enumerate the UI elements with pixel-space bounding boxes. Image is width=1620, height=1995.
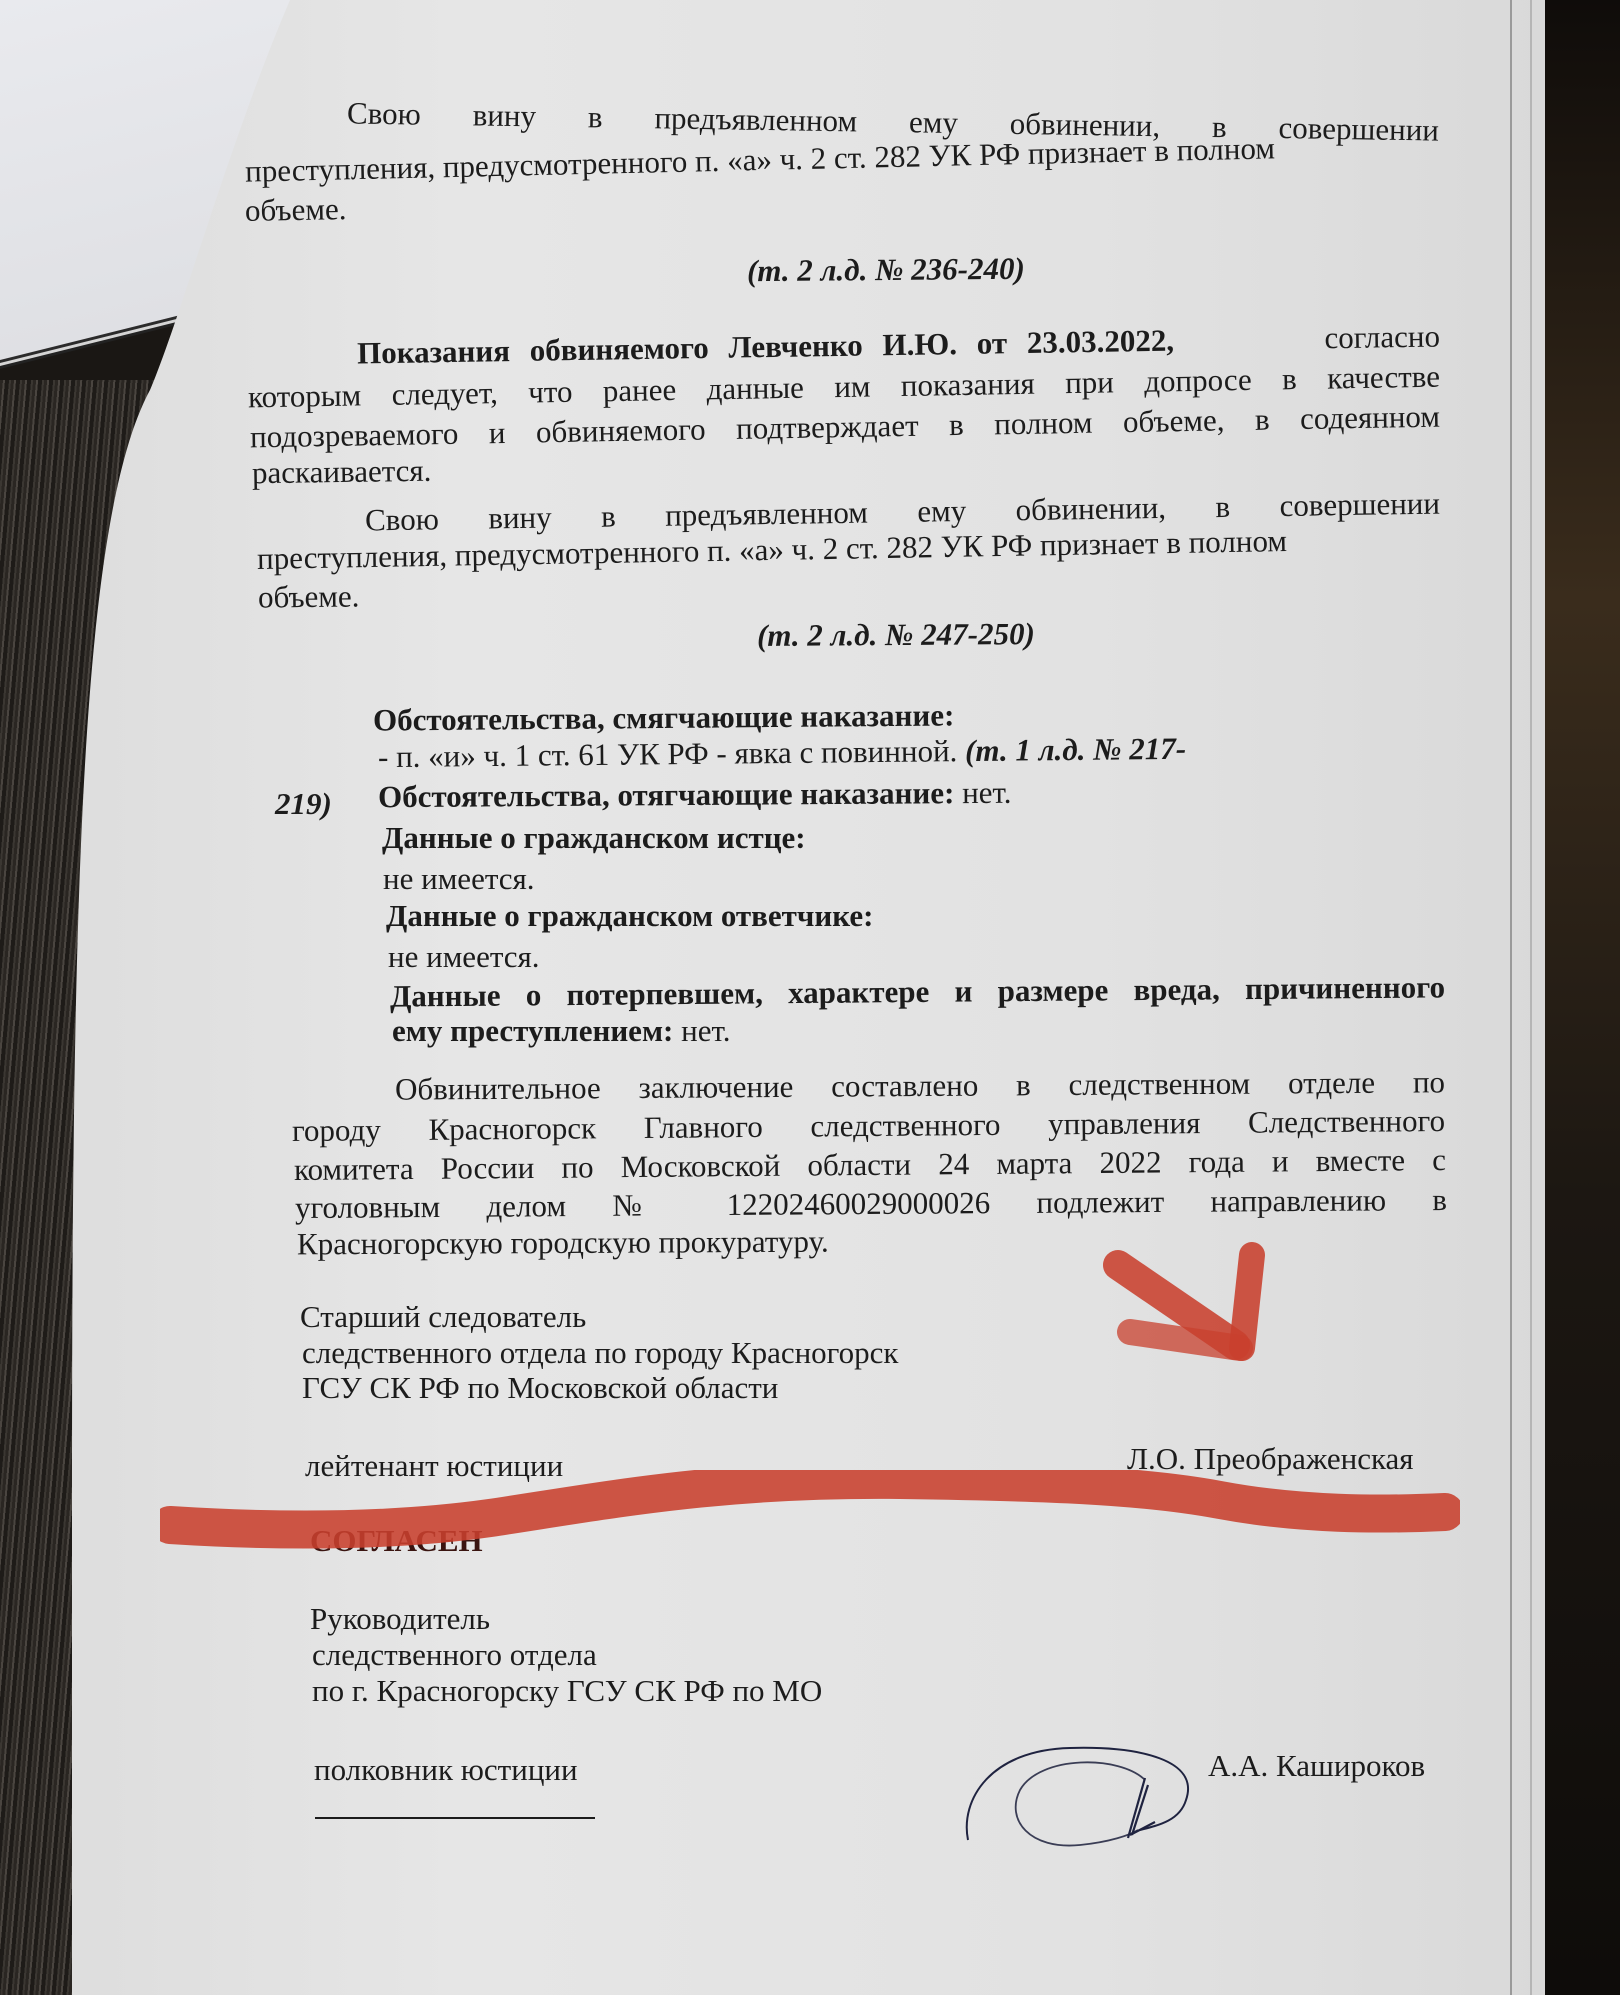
page-edge-line [1530,0,1532,1995]
para2-lead-rest: согласно [1324,316,1440,358]
civil-plaintiff-heading: Данные о гражданском истце: [382,818,806,858]
approver-name: А.А. Каширoков [1208,1746,1425,1786]
para2-line4: раскаивается. [252,451,432,494]
mitigating-reference: (т. 1 л.д. № 217- [965,731,1186,768]
aggravating-value: нет. [962,775,1012,810]
investigator-title-3: ГСУ СК РФ по Московской области [302,1368,778,1408]
approval-label: СОГЛАСЕН [310,1521,483,1561]
aggravating-circumstances: Обстоятельства, отягчающие наказание: не… [378,773,1012,817]
conclusion-line5: Красногорскую городскую прокуратуру. [297,1222,829,1265]
para3-line3: объеме. [258,576,360,617]
victim-heading-line2: ему преступлением: [392,1013,673,1048]
mitigating-item-text: - п. «и» ч. 1 ст. 61 УК РФ - явка с пови… [378,733,958,774]
civil-defendant-value: не имеется. [388,937,540,977]
civil-plaintiff-value: не имеется. [383,859,535,899]
approver-title-2: следственного отдела [312,1635,597,1675]
investigator-title-2: следственного отдела по городу Красногор… [302,1333,898,1373]
mitigating-reference-continued: 219) [275,784,332,824]
signature-line [315,1817,595,1819]
approver-title-3: по г. Красногорску ГСУ СК РФ по МО [312,1671,822,1711]
para3-reference: (т. 2 л.д. № 247-250) [757,614,1035,656]
aggravating-heading: Обстоятельства, отягчающие наказание: [378,775,955,814]
investigator-name: Л.О. Преображенская [1127,1439,1414,1479]
victim-value: нет. [681,1013,730,1048]
dark-background [1540,0,1620,1995]
investigator-title-1: Старший следователь [300,1297,586,1337]
page-edge-line [1510,0,1512,1995]
mitigating-circumstances-item: - п. «и» ч. 1 ст. 61 УК РФ - явка с пови… [378,729,1186,777]
victim-line2: ему преступлением: нет. [392,1011,730,1051]
civil-defendant-heading: Данные о гражданском ответчике: [386,896,873,936]
approver-rank: полковник юстиции [314,1750,578,1790]
conclusion-line4-case-number: уголовным делом № 12202460029000026 подл… [295,1180,1447,1228]
investigator-rank: лейтенант юстиции [305,1446,563,1486]
para1-reference: (т. 2 л.д. № 236-240) [747,249,1025,291]
para1-line3: объеме. [245,189,347,231]
approver-title-1: Руководитель [310,1599,490,1639]
